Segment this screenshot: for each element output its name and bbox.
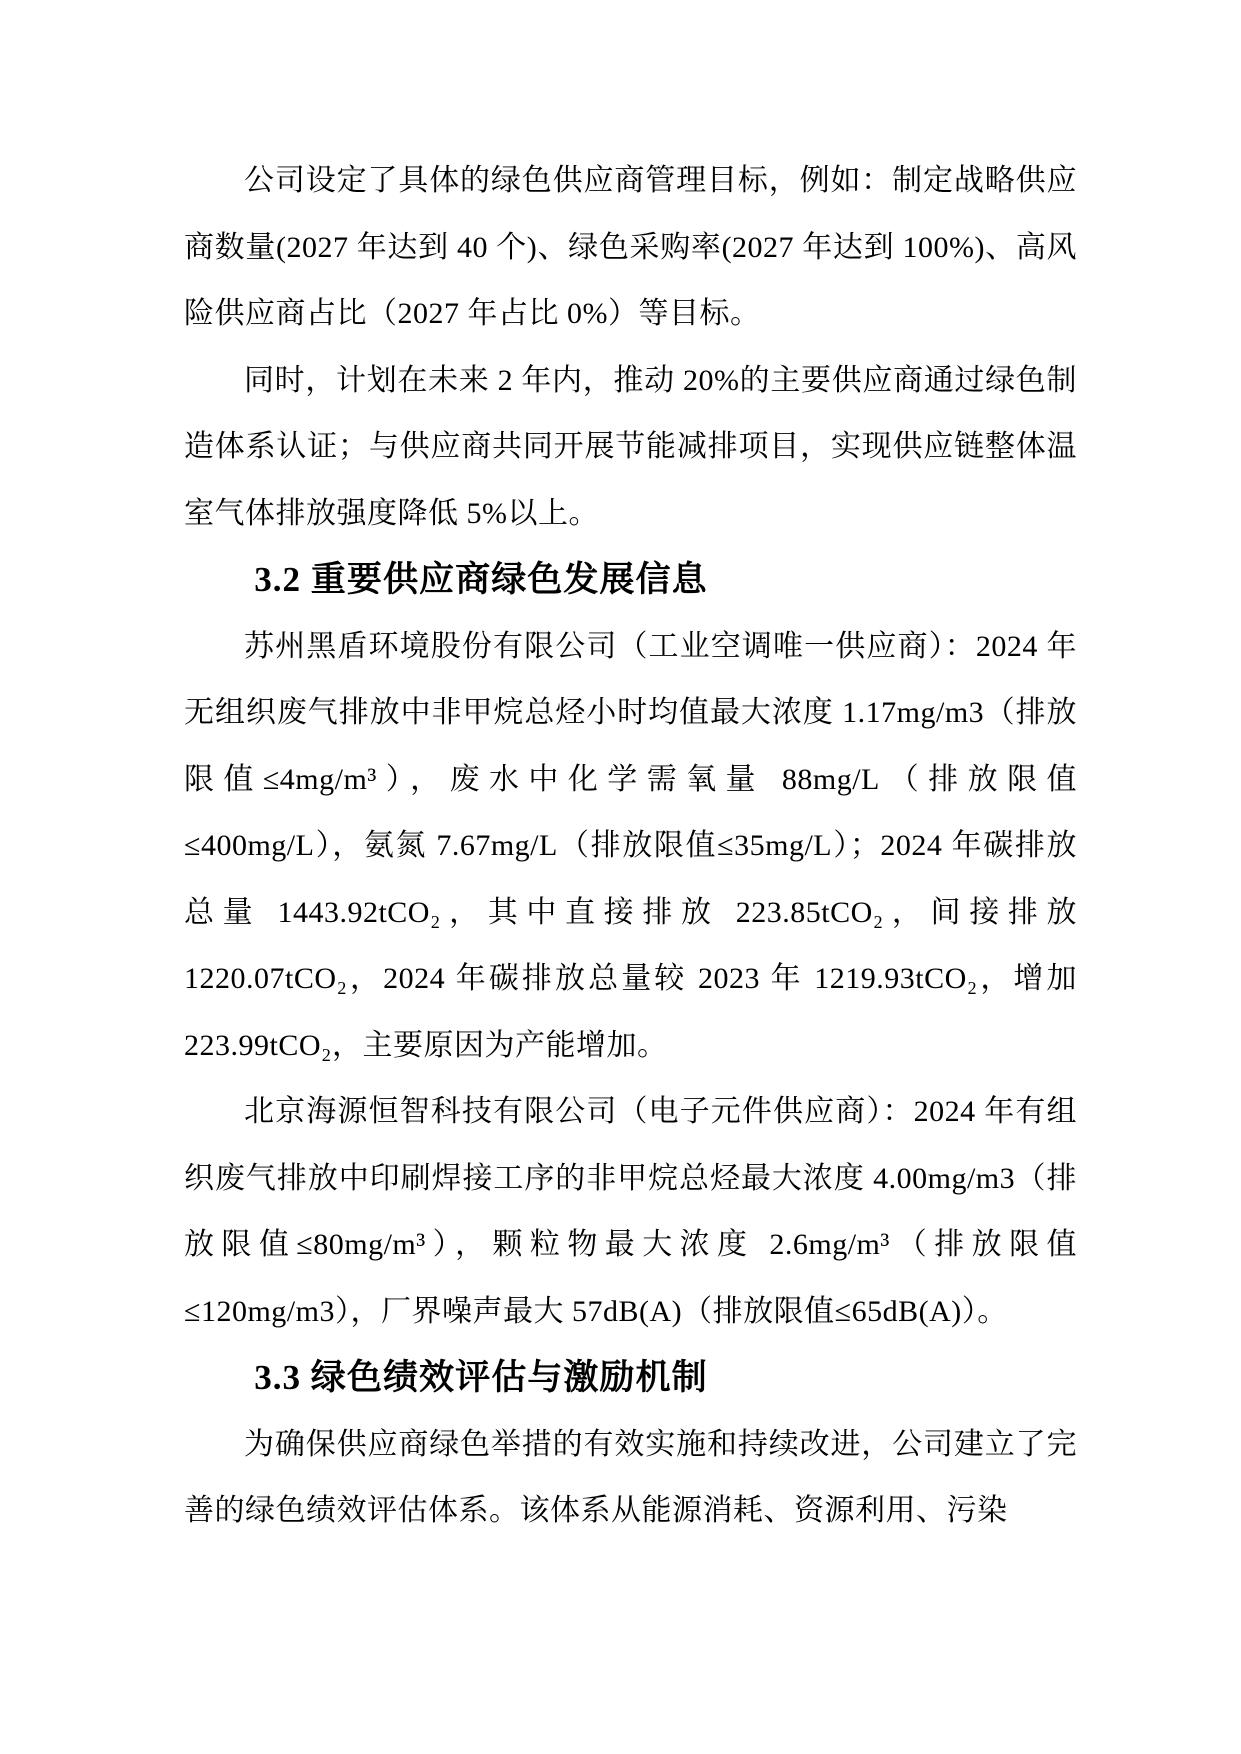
paragraph-beijing-supplier-data: 北京海源恒智科技有限公司（电子元件供应商）：2024 年有组织废气排放中印刷焊接… [184, 1079, 1077, 1345]
paragraph-green-performance-evaluation: 为确保供应商绿色举措的有效实施和持续改进，公司建立了完善的绿色绩效评估体系。该体… [184, 1412, 1077, 1545]
paragraph-suzhou-supplier-data: 苏州黑盾环境股份有限公司（工业空调唯一供应商）：2024 年无组织废气排放中非甲… [184, 614, 1077, 1080]
document-text-column: 公司设定了具体的绿色供应商管理目标，例如：制定战略供应商数量(2027 年达到 … [0, 0, 1241, 1545]
document-page: 公司设定了具体的绿色供应商管理目标，例如：制定战略供应商数量(2027 年达到 … [0, 0, 1241, 1754]
paragraph-two-year-plan: 同时，计划在未来 2 年内，推动 20%的主要供应商通过绿色制造体系认证；与供应… [184, 348, 1077, 548]
section-heading-3-2: 3.2 重要供应商绿色发展信息 [184, 547, 1077, 614]
paragraph-green-supplier-goals: 公司设定了具体的绿色供应商管理目标，例如：制定战略供应商数量(2027 年达到 … [184, 148, 1077, 348]
section-heading-3-3: 3.3 绿色绩效评估与激励机制 [184, 1345, 1077, 1412]
